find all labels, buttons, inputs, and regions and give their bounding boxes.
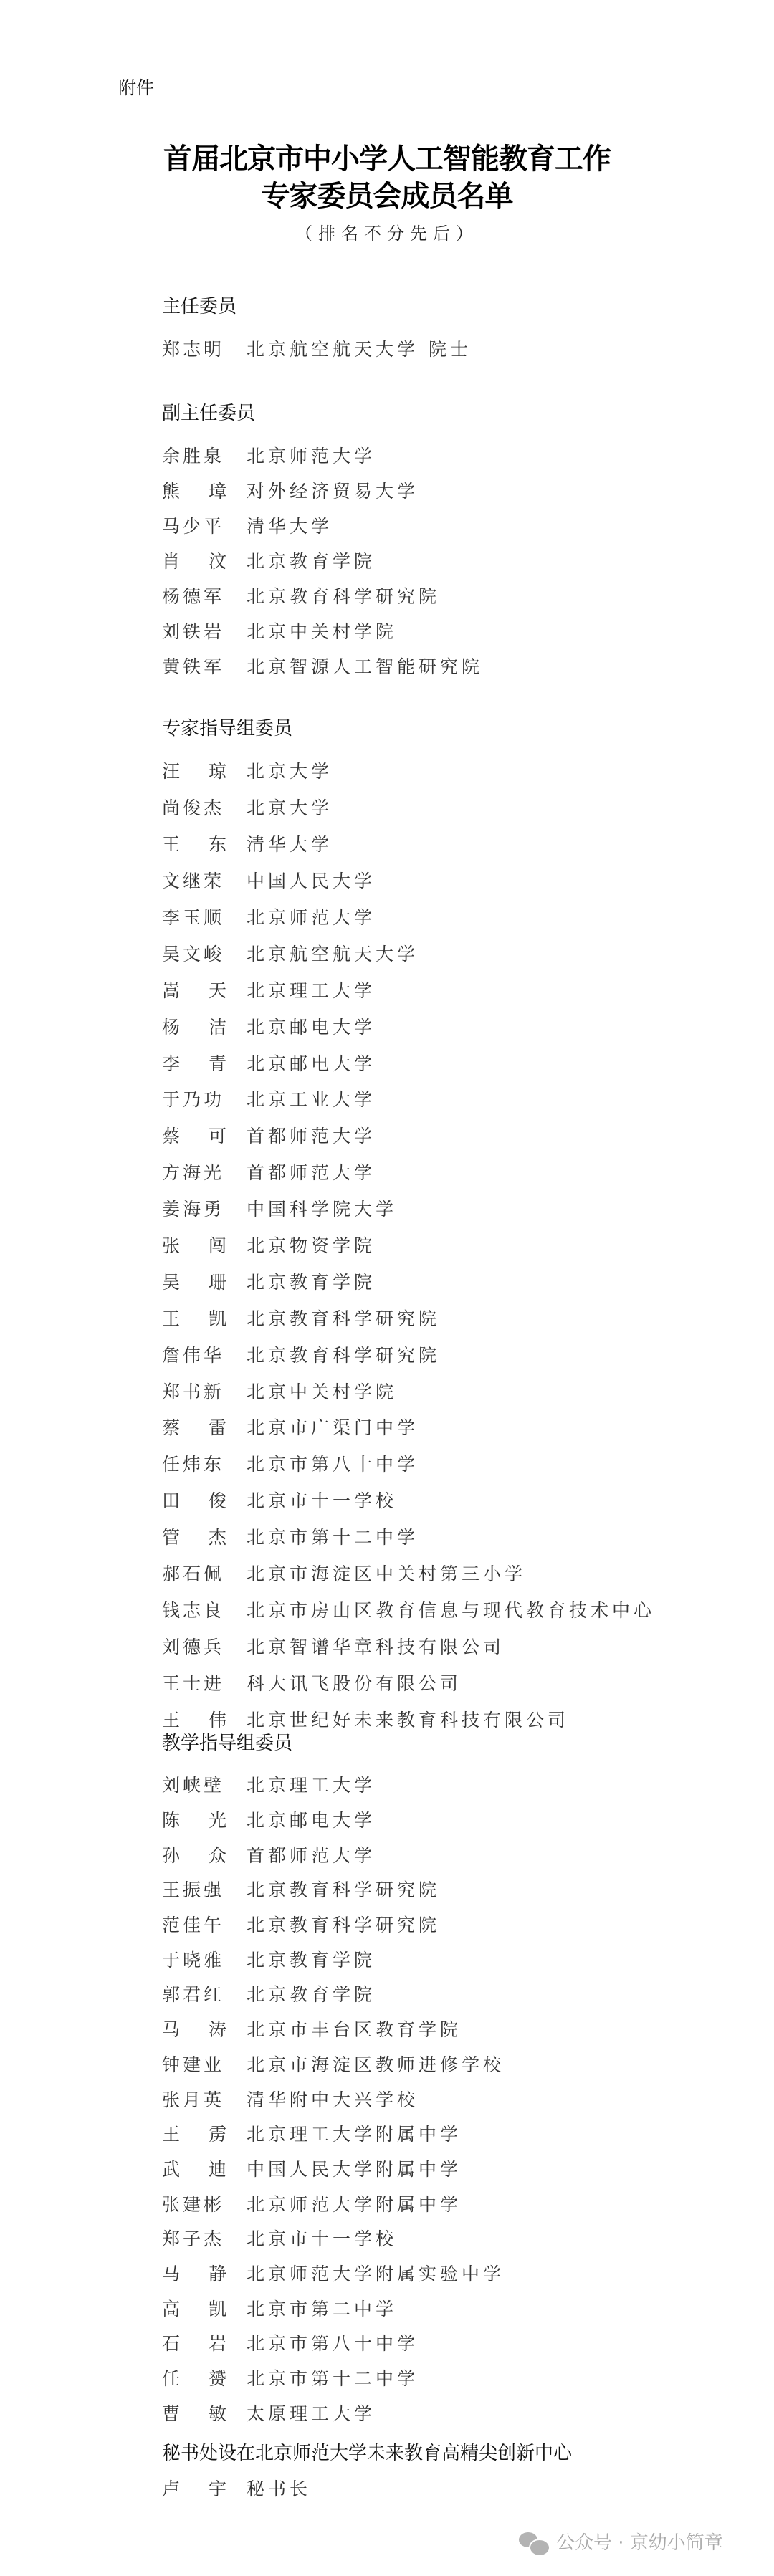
member-row: 张闯北京物资学院 <box>162 1227 750 1263</box>
member-organization: 北京教育学院 <box>247 1268 376 1294</box>
member-name: 熊璋 <box>162 477 226 503</box>
member-row: 王士进科大讯飞股份有限公司 <box>162 1664 750 1700</box>
section-vice-chairs: 副主任委员 余胜泉北京师范大学熊璋对外经济贸易大学马少平清华大学肖汶北京教育学院… <box>162 403 750 683</box>
member-row: 肖汶北京教育学院 <box>162 542 750 578</box>
member-organization: 北京邮电大学 <box>247 1013 376 1039</box>
member-organization: 北京市第八十中学 <box>247 1450 419 1476</box>
member-name: 刘德兵 <box>162 1633 247 1659</box>
member-row: 刘铁岩北京中关村学院 <box>162 613 750 648</box>
member-row: 黄铁军北京智源人工智能研究院 <box>162 648 750 683</box>
member-name: 嵩天 <box>162 977 226 1002</box>
section-title: 主任委员 <box>162 296 750 317</box>
member-row: 马静北京师范大学附属实验中学 <box>162 2256 750 2291</box>
member-organization: 清华大学 <box>247 830 333 856</box>
member-row: 于晓雅北京教育学院 <box>162 1941 750 1976</box>
member-name: 郑志明 <box>162 335 247 361</box>
section-title: 教学指导组委员 <box>162 1733 750 1754</box>
member-name: 张建彬 <box>162 2190 247 2216</box>
document-subtitle: （排名不分先后） <box>0 223 774 244</box>
member-row: 石岩北京市第八十中学 <box>162 2325 750 2360</box>
member-organization: 北京市海淀区教师进修学校 <box>247 2051 505 2077</box>
member-name: 肖汶 <box>162 547 226 573</box>
member-row: 陈光北京邮电大学 <box>162 1802 750 1837</box>
member-row: 方海光首都师范大学 <box>162 1154 750 1190</box>
member-name: 张闯 <box>162 1232 226 1258</box>
member-name: 孙众 <box>162 1842 226 1867</box>
member-row: 郑志明北京航空航天大学院士 <box>162 330 750 365</box>
member-row: 钟建业北京市海淀区教师进修学校 <box>162 2046 750 2082</box>
section-secretariat: 秘书处设在北京师范大学未来教育高精尖创新中心 卢宇秘书长 <box>162 2443 750 2504</box>
member-name: 卢宇 <box>162 2475 226 2501</box>
member-organization: 北京市第十二中学 <box>247 2365 419 2390</box>
member-organization: 北京智谱华章科技有限公司 <box>247 1633 505 1659</box>
member-organization: 北京教育学院 <box>247 1946 376 1972</box>
member-name: 王东 <box>162 830 226 856</box>
member-organization: 北京理工大学 <box>247 977 376 1002</box>
member-row: 王振强北京教育科学研究院 <box>162 1872 750 1907</box>
member-row: 郝石佩北京市海淀区中关村第三小学 <box>162 1555 750 1591</box>
member-row: 钱志良北京市房山区教育信息与现代教育技术中心 <box>162 1591 750 1627</box>
member-name: 蔡可 <box>162 1122 226 1148</box>
member-name: 吴文峻 <box>162 940 247 966</box>
member-name: 刘铁岩 <box>162 618 247 643</box>
member-row: 马少平清华大学 <box>162 507 750 542</box>
member-name: 于乃功 <box>162 1086 247 1111</box>
member-row: 郑书新北京中关村学院 <box>162 1372 750 1409</box>
member-name: 范佳午 <box>162 1911 247 1937</box>
member-organization: 北京世纪好未来教育科技有限公司 <box>247 1706 569 1732</box>
member-name: 王伟 <box>162 1706 226 1732</box>
member-organization: 北京中关村学院 <box>247 618 397 643</box>
member-row: 熊璋对外经济贸易大学 <box>162 472 750 507</box>
member-organization: 北京市丰台区教育学院 <box>247 2016 462 2041</box>
member-name: 郭君红 <box>162 1981 247 2006</box>
member-row: 詹伟华北京教育科学研究院 <box>162 1336 750 1372</box>
member-organization: 北京教育学院 <box>247 1981 376 2006</box>
member-organization: 清华附中大兴学校 <box>247 2086 419 2112</box>
member-row: 余胜泉北京师范大学 <box>162 437 750 472</box>
section-title: 专家指导组委员 <box>162 718 750 739</box>
wechat-icon <box>519 2531 550 2555</box>
member-list: 卢宇秘书长 <box>162 2471 750 2504</box>
member-organization: 中国人民大学 <box>247 867 376 893</box>
member-row: 张建彬北京师范大学附属中学 <box>162 2185 750 2221</box>
member-name: 姜海勇 <box>162 1195 247 1221</box>
member-name: 王振强 <box>162 1876 247 1902</box>
member-name: 张月英 <box>162 2086 247 2112</box>
watermark-text: 公众号 · 京幼小简章 <box>556 2531 723 2555</box>
member-organization: 北京教育科学研究院 <box>247 1305 440 1331</box>
member-name: 文继荣 <box>162 867 247 893</box>
member-organization: 秘书长 <box>247 2475 311 2501</box>
member-row: 高凯北京市第二中学 <box>162 2290 750 2325</box>
member-organization: 中国人民大学附属中学 <box>247 2155 462 2181</box>
member-name: 任赟 <box>162 2365 226 2390</box>
member-organization: 北京工业大学 <box>247 1086 376 1111</box>
member-name: 方海光 <box>162 1159 247 1184</box>
member-row: 郑子杰北京市十一学校 <box>162 2221 750 2256</box>
member-row: 王雳北京理工大学附属中学 <box>162 2116 750 2151</box>
member-organization: 首都师范大学 <box>247 1159 376 1184</box>
member-name: 詹伟华 <box>162 1341 247 1367</box>
member-name: 杨洁 <box>162 1013 226 1039</box>
member-name: 李玉顺 <box>162 904 247 929</box>
member-organization: 北京邮电大学 <box>247 1806 376 1832</box>
member-row: 吴文峻北京航空航天大学 <box>162 934 750 971</box>
member-organization: 北京航空航天大学 <box>247 335 419 361</box>
member-row: 杨德军北京教育科学研究院 <box>162 578 750 613</box>
member-name: 汪琼 <box>162 757 226 783</box>
member-organization: 北京市房山区教育信息与现代教育技术中心 <box>247 1596 655 1622</box>
member-organization: 北京教育科学研究院 <box>247 1876 440 1902</box>
member-organization: 北京智源人工智能研究院 <box>247 653 483 679</box>
member-name: 曹敏 <box>162 2400 226 2426</box>
member-organization: 北京教育学院 <box>247 547 376 573</box>
member-name: 马少平 <box>162 512 247 538</box>
member-row: 蔡可首都师范大学 <box>162 1117 750 1154</box>
member-name: 任炜东 <box>162 1450 247 1476</box>
member-name: 余胜泉 <box>162 442 247 468</box>
member-name: 管杰 <box>162 1523 226 1549</box>
member-organization: 太原理工大学 <box>247 2400 376 2426</box>
member-name: 郑子杰 <box>162 2225 247 2251</box>
member-row: 汪琼北京大学 <box>162 752 750 789</box>
member-row: 李青北京邮电大学 <box>162 1044 750 1081</box>
member-list: 汪琼北京大学尚俊杰北京大学王东清华大学文继荣中国人民大学李玉顺北京师范大学吴文峻… <box>162 752 750 1737</box>
member-organization: 北京中关村学院 <box>247 1378 397 1404</box>
member-name: 马静 <box>162 2260 226 2286</box>
member-name: 石岩 <box>162 2330 226 2355</box>
member-organization: 北京航空航天大学 <box>247 940 419 966</box>
member-organization: 首都师范大学 <box>247 1122 376 1148</box>
document-title-line-1: 首届北京市中小学人工智能教育工作 <box>0 142 774 176</box>
member-row: 刘峡壁北京理工大学 <box>162 1767 750 1802</box>
member-row: 郭君红北京教育学院 <box>162 1976 750 2011</box>
member-row: 任赟北京市第十二中学 <box>162 2360 750 2395</box>
document-title-line-2: 专家委员会成员名单 <box>0 179 774 214</box>
member-organization: 中国科学院大学 <box>247 1195 397 1221</box>
member-row: 王凯北京教育科学研究院 <box>162 1299 750 1336</box>
member-organization: 北京教育科学研究院 <box>247 1341 440 1367</box>
member-row: 杨洁北京邮电大学 <box>162 1007 750 1044</box>
member-organization: 北京市海淀区中关村第三小学 <box>247 1560 526 1586</box>
member-organization: 北京师范大学 <box>247 442 376 468</box>
member-list: 刘峡壁北京理工大学陈光北京邮电大学孙众首都师范大学王振强北京教育科学研究院范佳午… <box>162 1767 750 2430</box>
member-organization: 首都师范大学 <box>247 1842 376 1867</box>
member-name: 王凯 <box>162 1305 226 1331</box>
member-name: 钟建业 <box>162 2051 247 2077</box>
member-row: 曹敏太原理工大学 <box>162 2395 750 2430</box>
member-organization: 北京市十一学校 <box>247 2225 397 2251</box>
member-row: 王伟北京世纪好未来教育科技有限公司 <box>162 1700 750 1737</box>
member-name: 陈光 <box>162 1806 226 1832</box>
member-name: 马涛 <box>162 2016 226 2041</box>
member-list: 郑志明北京航空航天大学院士 <box>162 330 750 365</box>
member-name: 高凯 <box>162 2295 226 2321</box>
member-name: 吴珊 <box>162 1268 226 1294</box>
member-name: 刘峡壁 <box>162 1771 247 1797</box>
member-row: 卢宇秘书长 <box>162 2471 750 2504</box>
attachment-label: 附件 <box>118 77 154 99</box>
member-row: 文继荣中国人民大学 <box>162 862 750 899</box>
member-organization: 北京市第十二中学 <box>247 1523 419 1549</box>
member-row: 管杰北京市第十二中学 <box>162 1518 750 1555</box>
member-row: 任炜东北京市第八十中学 <box>162 1445 750 1482</box>
member-name: 王士进 <box>162 1670 247 1695</box>
member-row: 孙众首都师范大学 <box>162 1837 750 1872</box>
section-title: 副主任委员 <box>162 403 750 424</box>
member-note: 院士 <box>429 335 472 361</box>
watermark: 公众号 · 京幼小简章 <box>519 2531 723 2555</box>
member-name: 田俊 <box>162 1487 226 1513</box>
member-row: 吴珊北京教育学院 <box>162 1263 750 1299</box>
member-organization: 北京市第二中学 <box>247 2295 397 2321</box>
member-organization: 北京教育科学研究院 <box>247 583 440 608</box>
member-row: 嵩天北京理工大学 <box>162 971 750 1007</box>
member-organization: 北京邮电大学 <box>247 1050 376 1076</box>
member-row: 刘德兵北京智谱华章科技有限公司 <box>162 1627 750 1664</box>
member-row: 尚俊杰北京大学 <box>162 789 750 825</box>
member-organization: 清华大学 <box>247 512 333 538</box>
member-organization: 北京理工大学附属中学 <box>247 2120 462 2146</box>
member-organization: 北京教育科学研究院 <box>247 1911 440 1937</box>
member-row: 武迪中国人民大学附属中学 <box>162 2151 750 2186</box>
member-organization: 北京大学 <box>247 794 333 820</box>
member-organization: 北京市广渠门中学 <box>247 1414 419 1440</box>
member-list: 余胜泉北京师范大学熊璋对外经济贸易大学马少平清华大学肖汶北京教育学院杨德军北京教… <box>162 437 750 683</box>
member-name: 郑书新 <box>162 1378 247 1404</box>
member-organization: 北京理工大学 <box>247 1771 376 1797</box>
member-row: 范佳午北京教育科学研究院 <box>162 1907 750 1942</box>
member-name: 郝石佩 <box>162 1560 247 1586</box>
member-organization: 科大讯飞股份有限公司 <box>247 1670 462 1695</box>
member-organization: 北京市第八十中学 <box>247 2330 419 2355</box>
member-organization: 北京师范大学附属中学 <box>247 2190 462 2216</box>
member-row: 张月英清华附中大兴学校 <box>162 2081 750 2116</box>
member-name: 黄铁军 <box>162 653 247 679</box>
section-chair: 主任委员 郑志明北京航空航天大学院士 <box>162 296 750 365</box>
member-name: 蔡雷 <box>162 1414 226 1440</box>
member-name: 武迪 <box>162 2155 226 2181</box>
member-organization: 北京师范大学 <box>247 904 376 929</box>
member-name: 钱志良 <box>162 1596 247 1622</box>
member-organization: 北京市十一学校 <box>247 1487 397 1513</box>
member-name: 李青 <box>162 1050 226 1076</box>
section-title: 秘书处设在北京师范大学未来教育高精尖创新中心 <box>162 2443 750 2464</box>
member-row: 姜海勇中国科学院大学 <box>162 1190 750 1227</box>
member-organization: 北京师范大学附属实验中学 <box>247 2260 505 2286</box>
member-row: 于乃功北京工业大学 <box>162 1081 750 1117</box>
member-row: 田俊北京市十一学校 <box>162 1482 750 1518</box>
member-organization: 北京大学 <box>247 757 333 783</box>
member-row: 李玉顺北京师范大学 <box>162 899 750 935</box>
member-name: 杨德军 <box>162 583 247 608</box>
section-expert-group: 专家指导组委员 汪琼北京大学尚俊杰北京大学王东清华大学文继荣中国人民大学李玉顺北… <box>162 718 750 1737</box>
member-row: 王东清华大学 <box>162 825 750 862</box>
member-organization: 对外经济贸易大学 <box>247 477 419 503</box>
member-name: 尚俊杰 <box>162 794 247 820</box>
member-organization: 北京物资学院 <box>247 1232 376 1258</box>
member-name: 于晓雅 <box>162 1946 247 1972</box>
member-row: 马涛北京市丰台区教育学院 <box>162 2011 750 2046</box>
member-name: 王雳 <box>162 2120 226 2146</box>
member-row: 蔡雷北京市广渠门中学 <box>162 1409 750 1445</box>
section-teaching-group: 教学指导组委员 刘峡壁北京理工大学陈光北京邮电大学孙众首都师范大学王振强北京教育… <box>162 1733 750 2430</box>
